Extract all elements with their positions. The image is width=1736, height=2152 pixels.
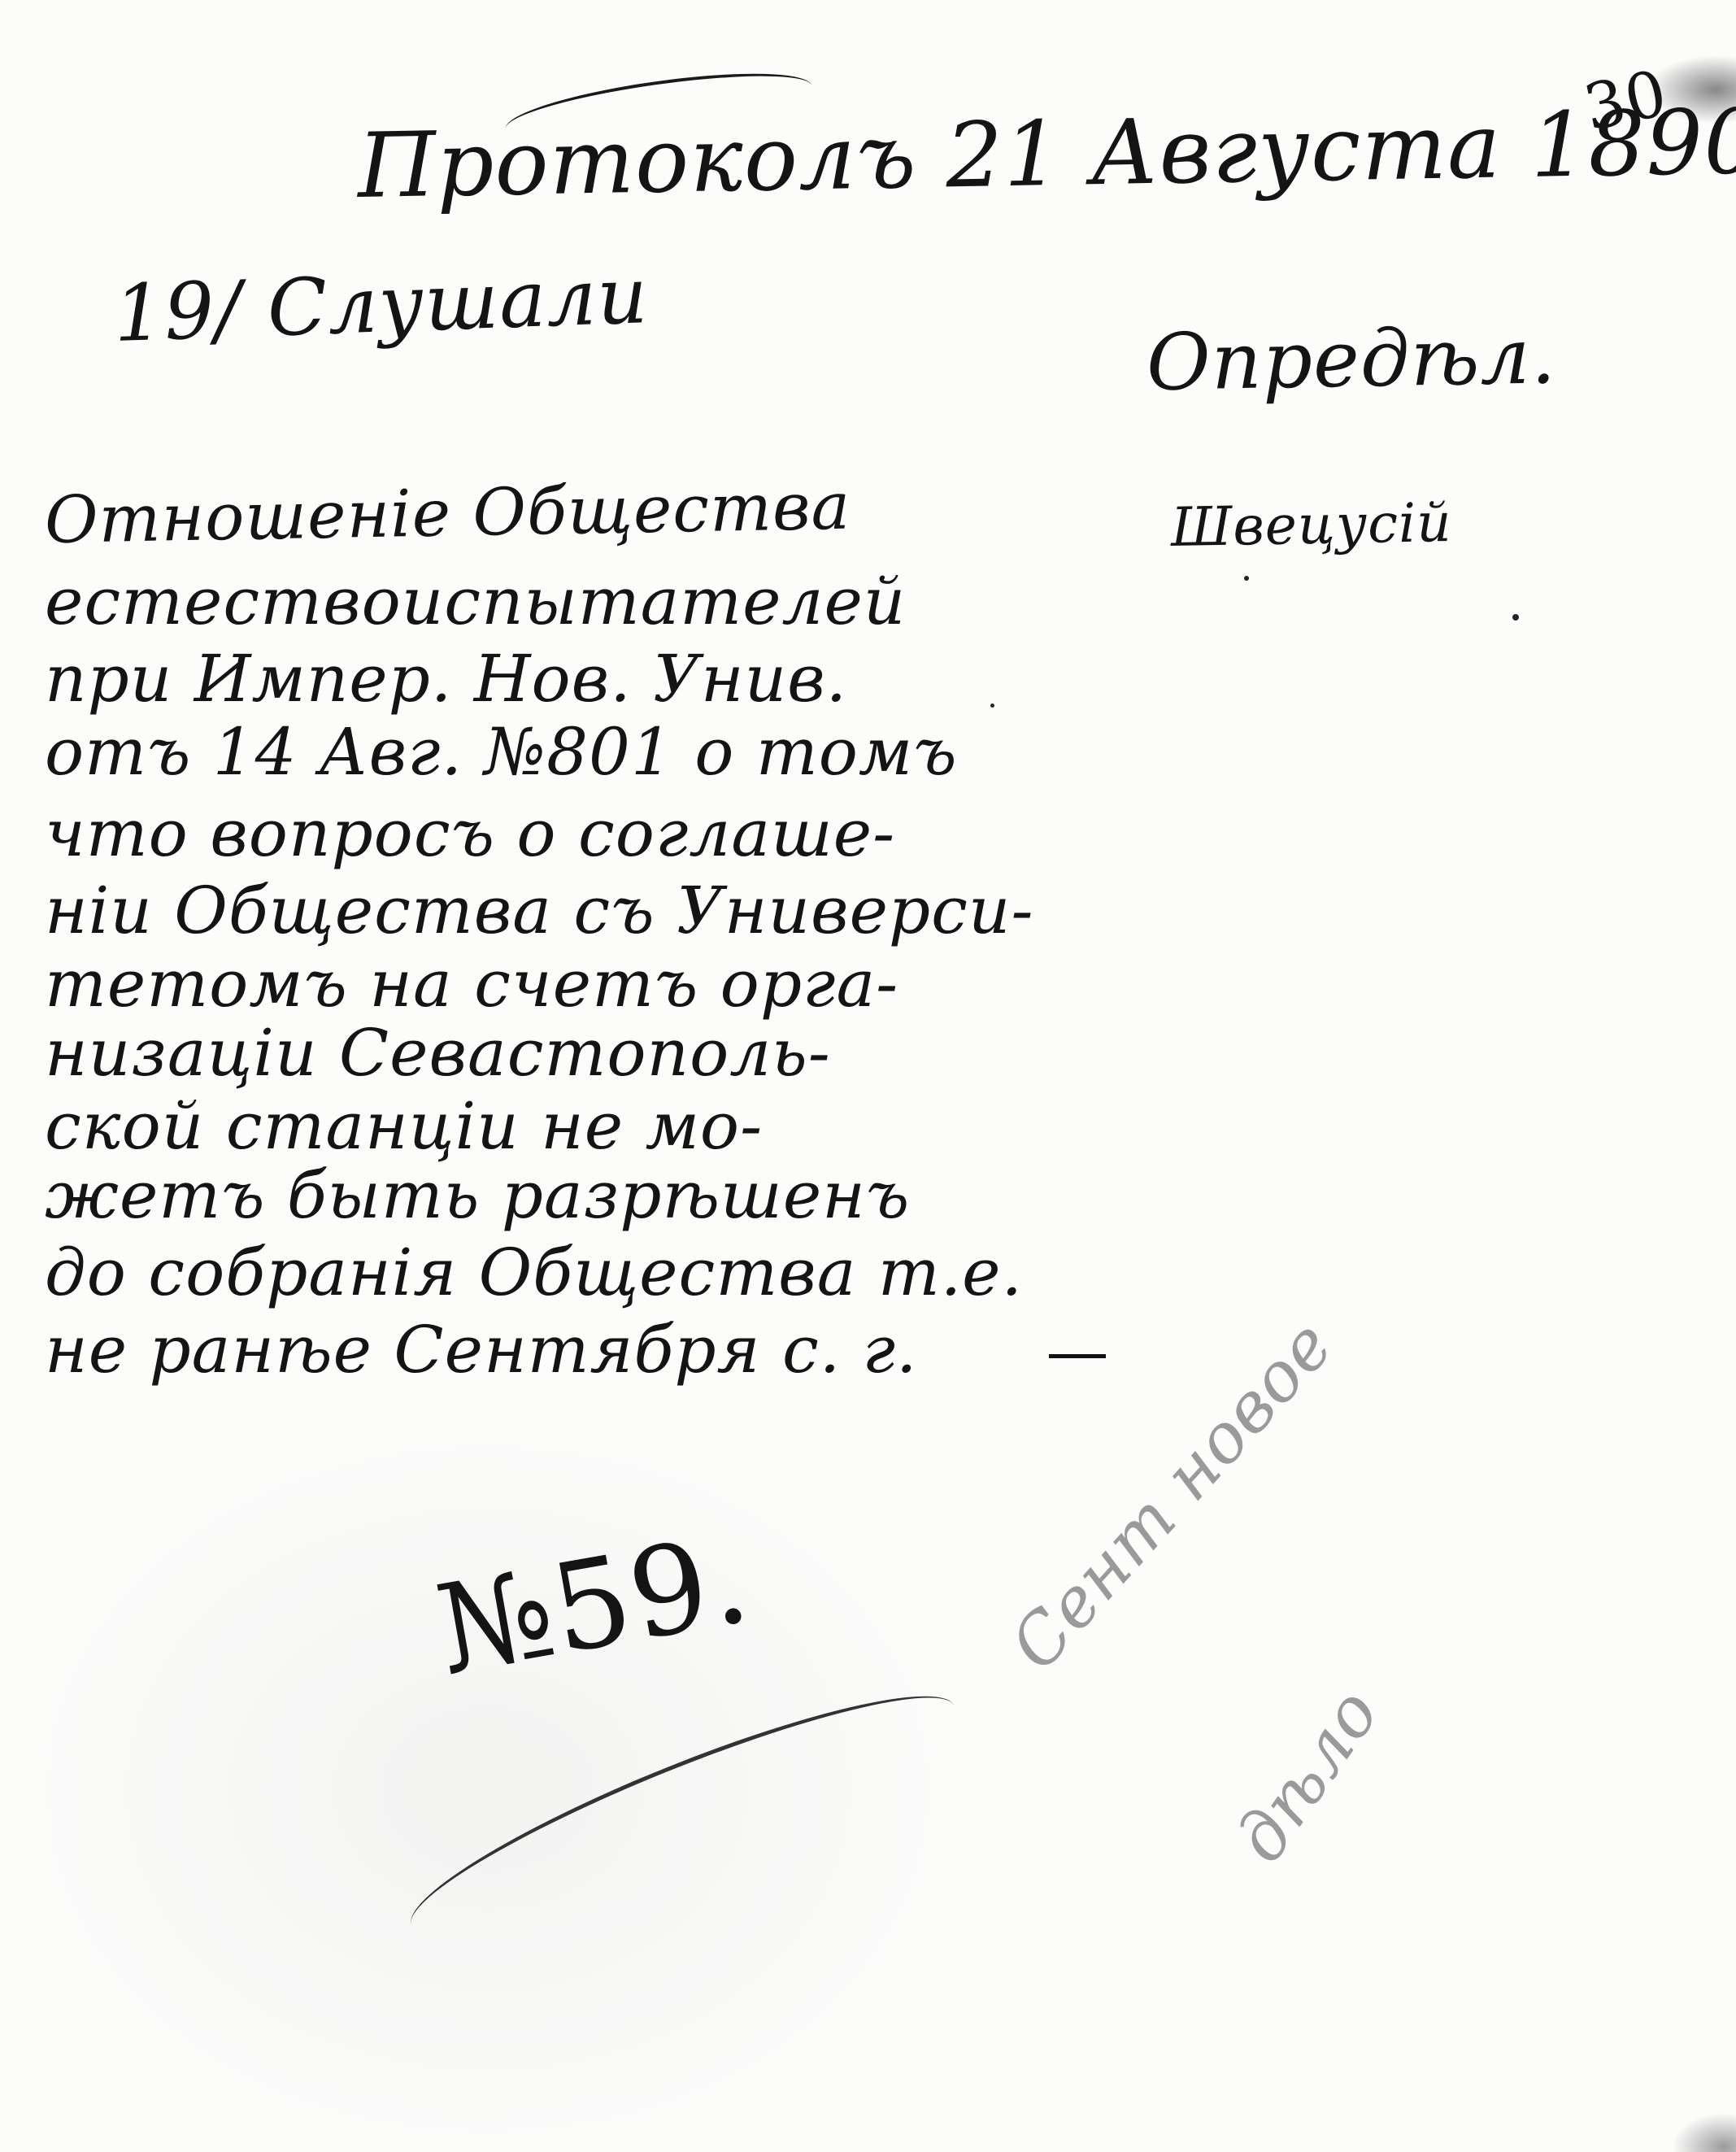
body-line: что вопросъ о соглаше- — [45, 801, 895, 866]
body-line: при Импер. Нов. Унив. — [45, 647, 847, 712]
body-line: ской станціи не мо- — [45, 1094, 763, 1159]
body-line: тетомъ на счетъ орга- — [45, 952, 898, 1017]
body-line: до собранія Общества т.е. — [45, 1240, 1023, 1305]
document-number-mark: №59. — [427, 1509, 759, 1702]
body-line: не ранѣе Сентября с. г. — [45, 1318, 917, 1383]
number-swoosh — [393, 1659, 973, 1973]
body-line: ніи Общества съ Универси- — [45, 878, 1033, 943]
pencil-note-line-1: Сент новое — [995, 1305, 1349, 1684]
ink-speck — [1512, 614, 1519, 621]
decision-label: Опредѣл. — [1146, 310, 1557, 408]
ink-speck — [1244, 576, 1249, 581]
scanned-document-page: Протоколъ 21 Августа 1890г 30 19/ Слушал… — [0, 0, 1736, 2152]
ink-speck — [990, 704, 994, 708]
body-line: низаціи Севастополь- — [45, 1021, 831, 1086]
pencil-note-line-2: дѣло — [1220, 1674, 1394, 1876]
body-line: отъ 14 Авг. №801 о томъ — [45, 720, 958, 785]
body-line: Отношеніе Общества — [44, 474, 851, 553]
body-line: жетъ быть разрѣшенъ — [45, 1163, 910, 1228]
trailing-dash — [1049, 1354, 1106, 1358]
body-line: естествоиспытателей — [45, 569, 906, 634]
section-heading: 19/ Слушали — [112, 250, 650, 359]
decision-text: Швецусій — [1170, 491, 1452, 559]
